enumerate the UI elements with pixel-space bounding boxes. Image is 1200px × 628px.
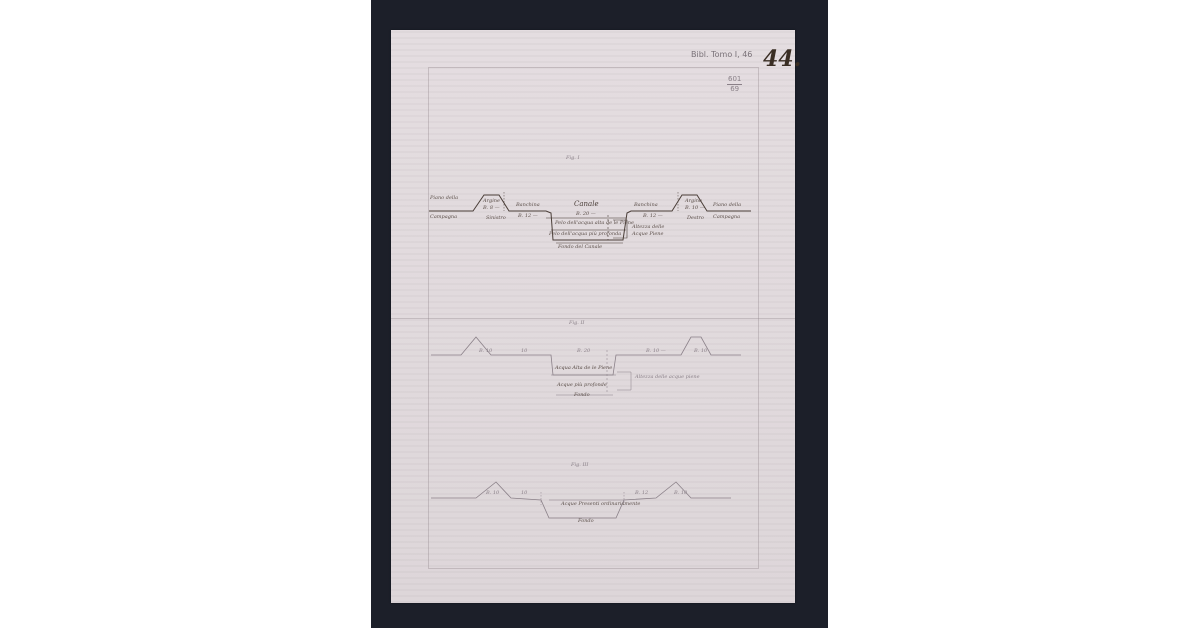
- label-acqua-alta: Pelo dell'acqua alta de le Piene: [555, 220, 634, 226]
- label-argine-left: Argine: [483, 198, 500, 204]
- label-canale: Canale: [574, 200, 599, 208]
- label-sinistro: Sinistro: [486, 215, 506, 221]
- label-canale-width: B. 20 —: [576, 211, 596, 217]
- label-campagna-right: Campagna: [713, 214, 740, 220]
- label-acqua-bassa: Pelo dell'acqua più profonda: [549, 231, 621, 237]
- label-argine-right: Argine: [685, 198, 702, 204]
- s2-width-5: B. 10: [694, 348, 707, 354]
- label-campagna-left: Campagna: [430, 214, 457, 220]
- section-3-drawing: [431, 482, 731, 518]
- label-fondo: Fondo del Canale: [558, 244, 602, 250]
- s2-label-altezza: Altezza delle acque piene: [635, 374, 700, 380]
- label-braccia-left: B. 8 —: [483, 205, 500, 211]
- label-piano-right: Piano della: [713, 202, 741, 208]
- section-1-title: Fig. I: [566, 155, 579, 161]
- s3-label-acqua: Acque Presenti ordinariamente: [561, 501, 640, 507]
- s3-width-3: B. 12: [635, 490, 648, 496]
- section-3-title: Fig. III: [571, 462, 588, 468]
- s3-width-2: 10: [521, 490, 527, 496]
- s3-width-1: B. 10: [486, 490, 499, 496]
- label-altezza: Altezza delle Acque Piene: [632, 224, 672, 238]
- manuscript-page: Bibl. Tomo I, 46 44. 601 69: [391, 30, 795, 603]
- s3-label-fondo: Fondo: [578, 518, 594, 524]
- s2-width-4: B. 10 —: [646, 348, 666, 354]
- s2-width-2: 10: [521, 348, 527, 354]
- s3-width-4: B. 10: [674, 490, 687, 496]
- label-braccia-right: B. 10 —: [685, 205, 705, 211]
- label-banchina-left-width: B. 12 —: [518, 213, 538, 219]
- label-banchina-right-width: B. 12 —: [643, 213, 663, 219]
- s2-width-1: B. 10: [479, 348, 492, 354]
- s2-label-fondo: Fondo: [574, 392, 590, 398]
- label-banchina-right: Banchina: [634, 202, 658, 208]
- s2-label-acqua-bassa: Acque più profonde: [557, 382, 607, 388]
- s2-width-3: B. 20: [577, 348, 590, 354]
- s2-label-acqua-alta: Acqua Alta de le Piene: [555, 365, 612, 371]
- section-2-title: Fig. II: [569, 320, 584, 326]
- label-banchina-left: Banchina: [516, 202, 540, 208]
- label-piano-left: Piano della: [430, 195, 458, 201]
- label-destro: Destro: [687, 215, 704, 221]
